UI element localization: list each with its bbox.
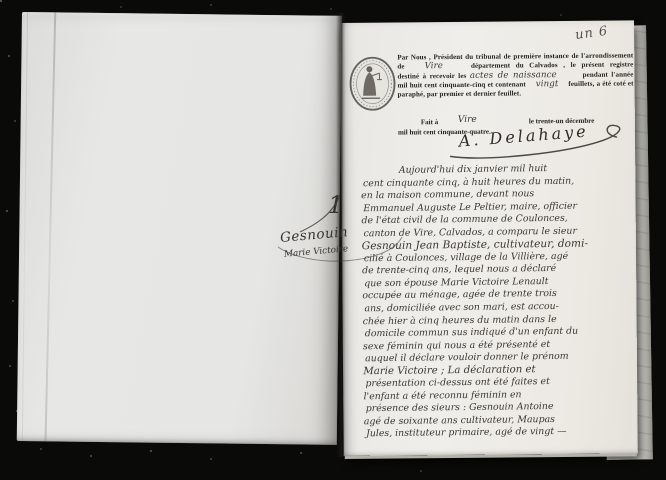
act-margin-note: 1 Gesnouin Marie Victoire xyxy=(270,185,420,280)
page-edge-line xyxy=(22,12,28,441)
act-line: Jules, instituteur primaire, agé de ving… xyxy=(366,425,636,441)
page-crease xyxy=(45,12,57,441)
fait-a-label: Fait à xyxy=(421,118,438,126)
handwritten-sheet-count: vingt xyxy=(536,79,559,89)
scanner-dust-specks xyxy=(0,0,2,2)
act-number: 1 xyxy=(328,191,343,219)
tribunal-justice-seal-icon xyxy=(348,56,396,112)
folio-annotation: un 6 xyxy=(574,24,609,43)
scanned-register-spread: un 6 Par Nous , Président du tribunal de… xyxy=(0,0,666,480)
register-certification-paragraph: Par Nous , Président du tribunal de prem… xyxy=(397,51,633,100)
handwritten-place: Vire xyxy=(425,61,443,71)
